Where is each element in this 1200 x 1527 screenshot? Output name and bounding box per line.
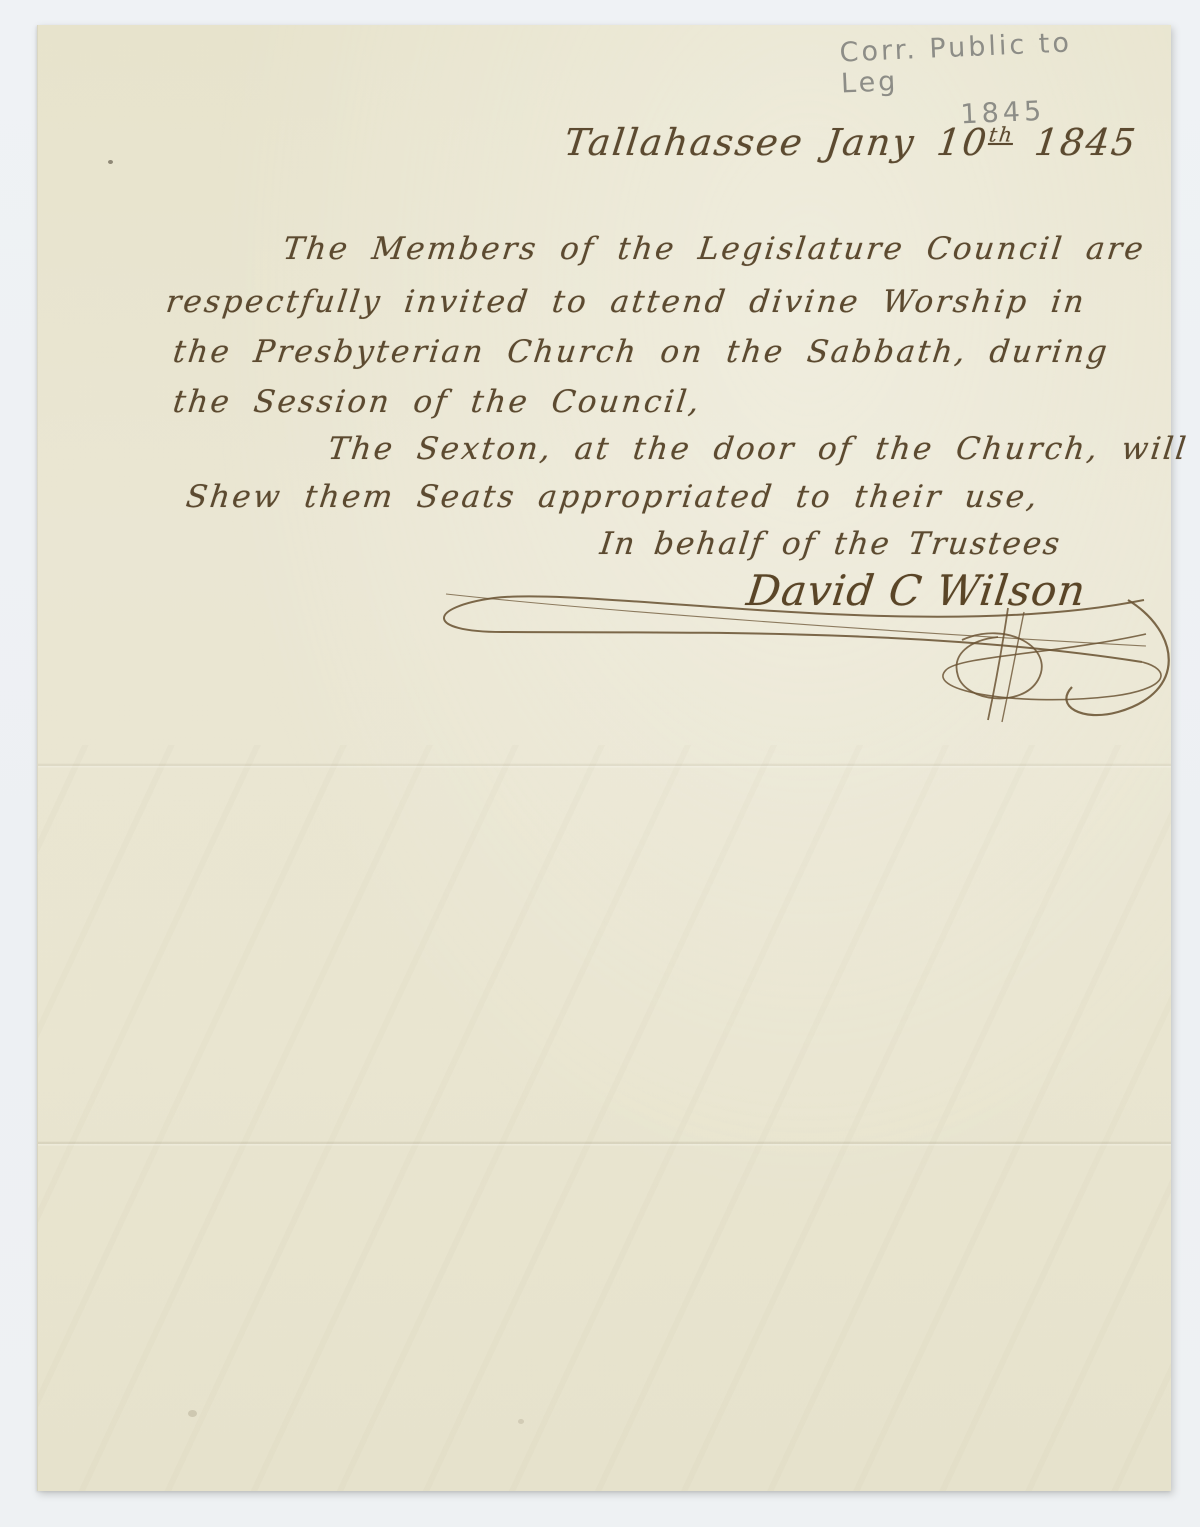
ink-speck — [108, 160, 113, 164]
dateline-year: 1845 — [1032, 121, 1139, 164]
body-line-5: The Sexton, at the door of the Church, w… — [326, 431, 1190, 467]
paper-blemish — [518, 1419, 524, 1424]
archival-note-line1: Corr. Public to Leg — [839, 25, 1141, 100]
dateline: Tallahassee Jany 10th 1845 — [562, 121, 1140, 164]
fold-crease-upper — [38, 763, 1171, 768]
fold-crease-lower — [38, 1141, 1171, 1146]
body-line-3: the Presbyterian Church on the Sabbath, … — [171, 334, 1111, 370]
body-line-2: respectfully invited to attend divine Wo… — [164, 284, 1088, 320]
body-line-1: The Members of the Legislature Council a… — [281, 231, 1148, 267]
letter-paper: Corr. Public to Leg 1845 Tallahassee Jan… — [37, 25, 1171, 1491]
dateline-ordinal: th — [988, 123, 1016, 147]
scan-background: Corr. Public to Leg 1845 Tallahassee Jan… — [0, 0, 1200, 1527]
archival-pencil-note: Corr. Public to Leg 1845 — [839, 25, 1143, 136]
paper-aging-texture — [38, 745, 1171, 1491]
body-line-6: Shew them Seats appropriated to their us… — [184, 479, 1041, 515]
closing-line: In behalf of the Trustees — [598, 526, 1063, 562]
signature-text: David C Wilson — [744, 566, 1089, 615]
paper-blemish — [188, 1410, 197, 1417]
body-line-4: the Session of the Council, — [171, 384, 703, 420]
dateline-place-day: Tallahassee Jany 10 — [562, 121, 991, 164]
